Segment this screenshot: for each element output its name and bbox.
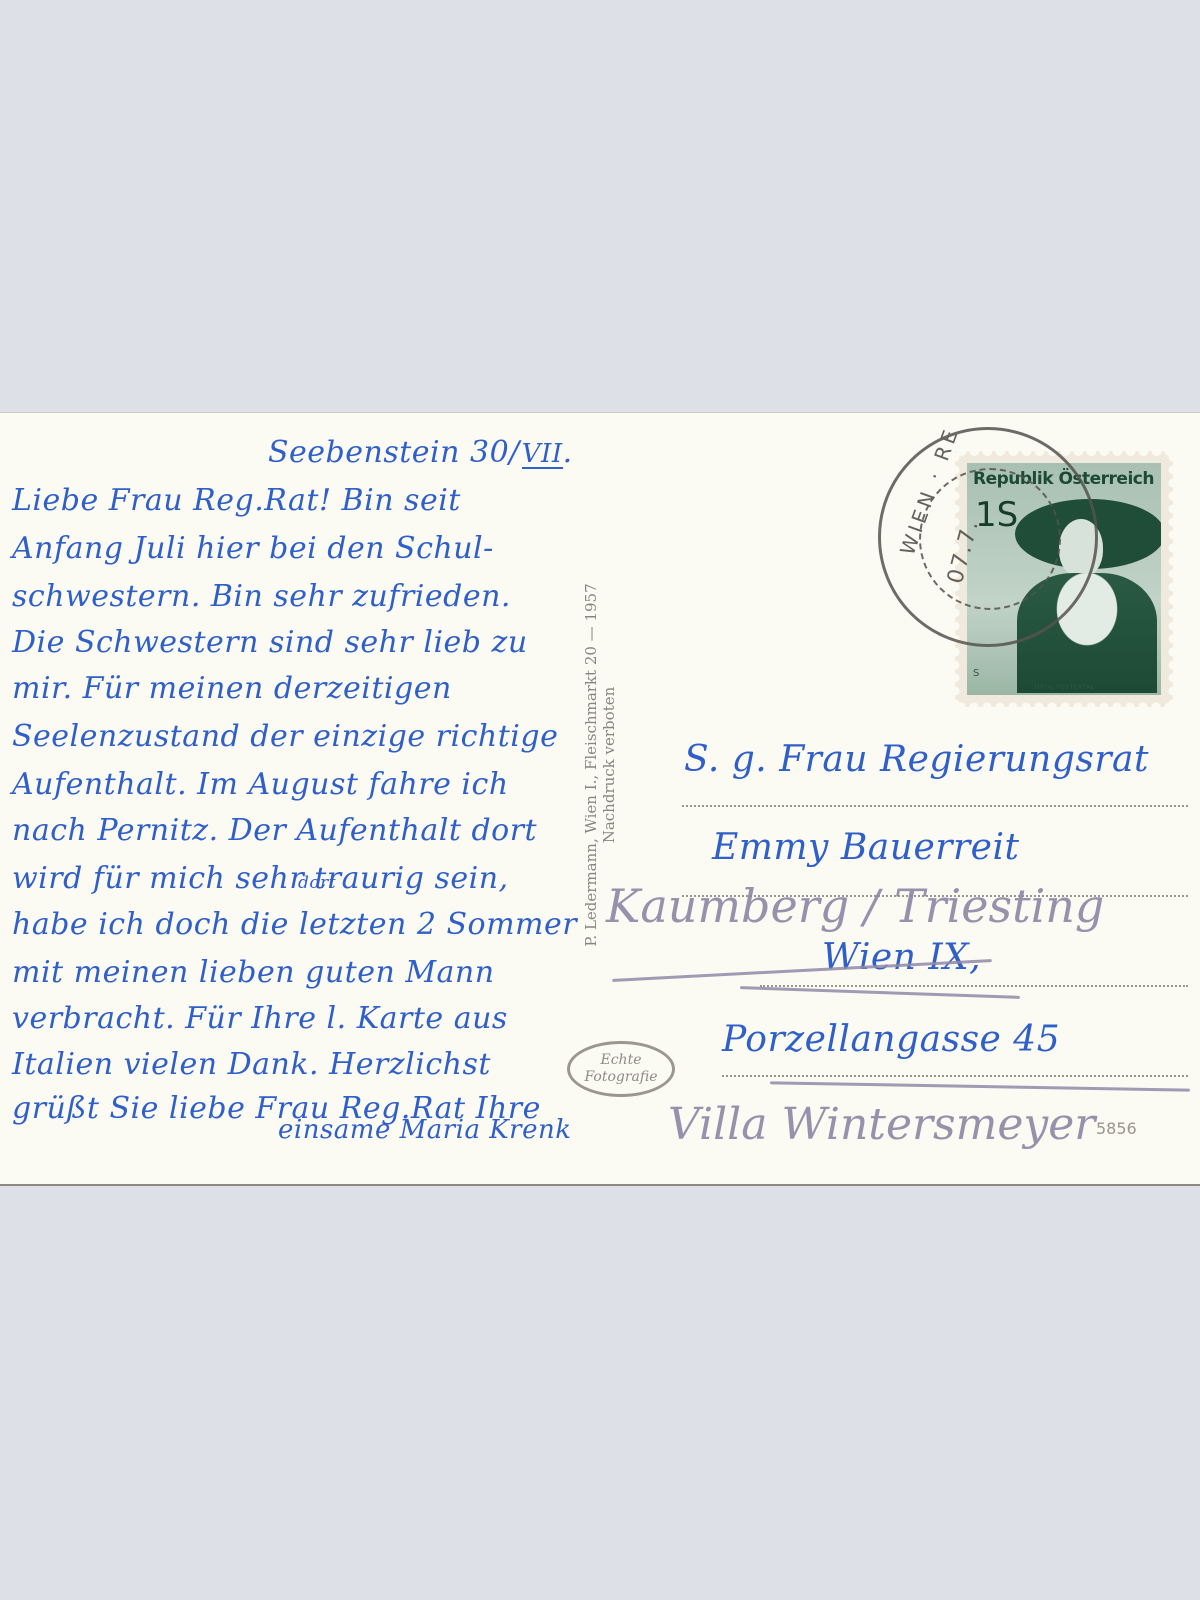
message-line: wird für mich sehr traurig sein, — [12, 861, 509, 896]
message-line: habe ich doch die letzten 2 Sommer — [12, 907, 577, 942]
address-rule — [760, 985, 1188, 987]
heading-place-date: Seebenstein 30/ — [268, 435, 520, 470]
printer-imprint-line1: P. Ledermann, Wien I., Fleischmarkt 20 —… — [582, 555, 600, 975]
message-heading: Seebenstein 30/VII. — [268, 435, 573, 470]
address-line-1: S. g. Frau Regierungsrat — [684, 739, 1149, 780]
message-line: Liebe Frau Reg.Rat! Bin seit — [12, 483, 461, 518]
message-line: mir. Für meinen derzeitigen — [12, 671, 452, 706]
message-line: Seelenzustand der einzige richtige — [12, 719, 558, 754]
message-line: Anfang Juli hier bei den Schul- — [12, 531, 494, 566]
strike-through-line — [770, 1081, 1190, 1091]
address-rule — [722, 1075, 1188, 1077]
photo-mark-line2: Fotografie — [570, 1069, 672, 1086]
heading-month: VII — [522, 441, 563, 469]
message-line: Aufenthalt. Im August fahre ich — [12, 767, 509, 802]
message-line: verbracht. Für Ihre l. Karte aus — [12, 1001, 508, 1036]
card-number: 5856 — [1096, 1119, 1137, 1138]
address-line-3: Wien IX, — [822, 937, 981, 978]
address-rule — [682, 805, 1188, 807]
postmark: WIEN · RE 07.7. — [878, 427, 1098, 647]
message-line: nach Pernitz. Der Aufenthalt dort — [12, 813, 537, 848]
message-line: mit meinen lieben guten Mann — [12, 955, 495, 990]
echte-fotografie-mark: Echte Fotografie — [567, 1041, 675, 1097]
message-insertion: dort — [298, 873, 336, 893]
pencil-redirect-line1: Kaumberg / Triesting — [606, 879, 1104, 933]
address-line-4: Porzellangasse 45 — [722, 1019, 1060, 1060]
message-line: schwestern. Bin sehr zufrieden. — [12, 579, 511, 614]
signature: einsame Maria Krenk — [278, 1115, 571, 1145]
pencil-redirect-line2: Villa Wintersmeyer — [668, 1099, 1095, 1150]
message-line: Italien vielen Dank. Herzlichst — [12, 1047, 491, 1082]
photo-mark-line1: Echte — [570, 1052, 672, 1069]
stamp-corner-letter: S — [973, 668, 979, 679]
message-line: Die Schwestern sind sehr lieb zu — [12, 625, 528, 660]
address-line-2: Emmy Bauerreit — [712, 827, 1019, 868]
postcard-back: Seebenstein 30/VII. Liebe Frau Reg.Rat! … — [0, 412, 1200, 1186]
stamp-caption: TIROL PUSTERTAL — [967, 684, 1161, 691]
strike-through-line — [740, 986, 1020, 999]
